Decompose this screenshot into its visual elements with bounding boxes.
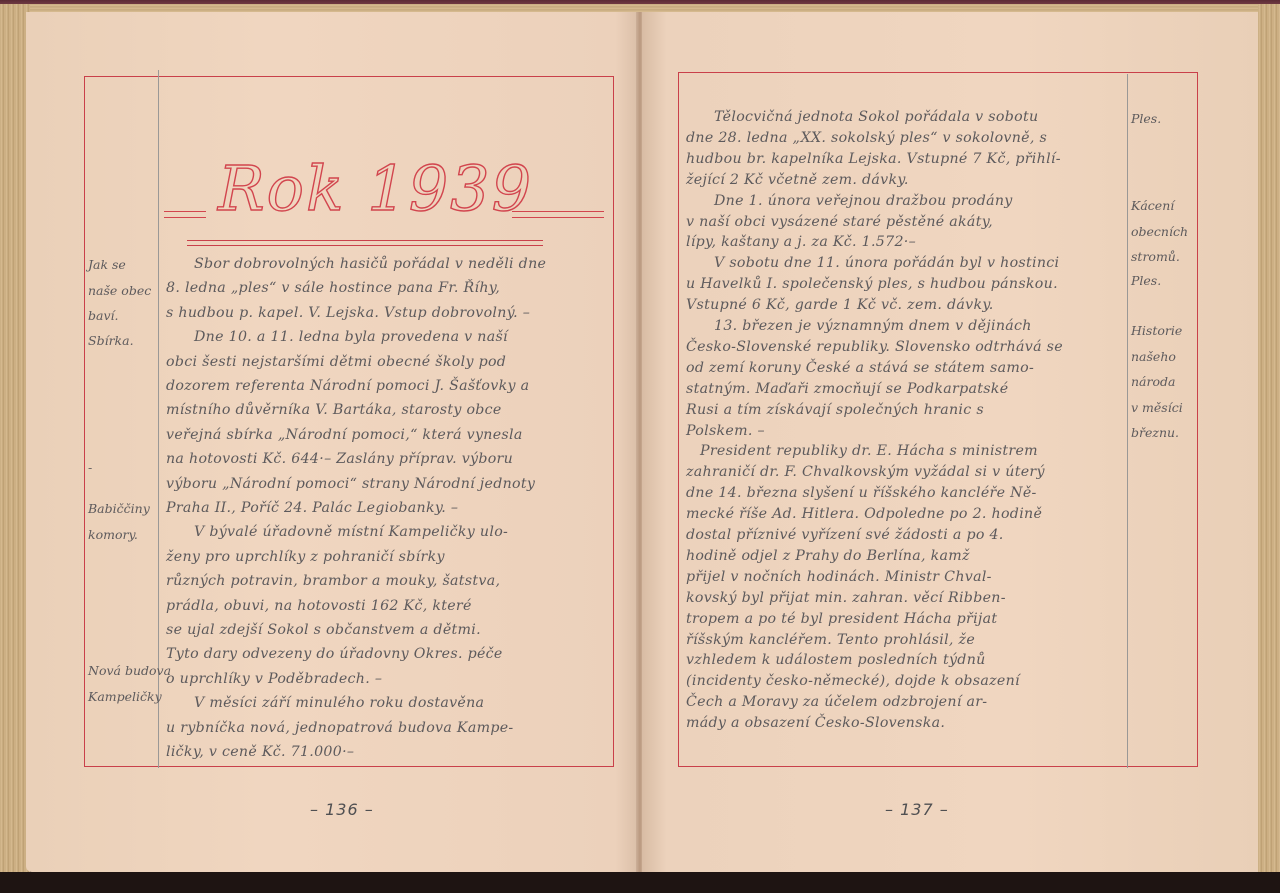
handwritten-line: obci šesti nejstaršími dětmi obecné škol… [166,354,506,370]
margin-note: Babiččiny komory. [88,496,150,547]
handwritten-line: statným. Maďaři zmocňují se Podkarpatské [686,381,1008,397]
handwritten-line: Praha II., Poříč 24. Palác Legiobanky. – [166,500,458,516]
handwritten-line: (incidenty česko-německé), dojde k obsaz… [686,673,1020,689]
handwritten-line: prádla, obuvi, na hotovosti 162 Kč, kter… [166,598,472,614]
handwritten-line: Sbor dobrovolných hasičů pořádal v neděl… [194,256,546,272]
handwritten-line: Dne 1. února veřejnou dražbou prodány [714,193,1013,209]
handwritten-line: President republiky dr. E. Hácha s minis… [700,443,1038,459]
handwritten-line: hudbou br. kapelníka Lejska. Vstupné 7 K… [686,151,1061,167]
handwritten-line: hodině odjel z Prahy do Berlína, kamž [686,548,970,564]
title-dash-right [512,211,604,218]
handwritten-line: dne 14. března slyšení u říšského kanclé… [686,485,1037,501]
handwritten-line: od zemí koruny České a stává se státem s… [686,360,1034,376]
handwritten-line: říšským kancléřem. Tento prohlásil, že [686,632,975,648]
handwritten-line: vzhledem k událostem posledních týdnů [686,652,986,668]
handwritten-line: 8. ledna „ples“ v sále hostince pana Fr.… [166,280,500,296]
handwritten-line: u Havelků I. společenský ples, s hudbou … [686,276,1058,292]
handwritten-line: na hotovosti Kč. 644·– Zaslány příprav. … [166,451,513,467]
right-margin-rule [1127,74,1128,768]
page-number-right: – 137 – [885,800,949,819]
margin-note: Nová budova Kampeličky [88,658,171,709]
handwritten-line: V bývalé úřadovně místní Kampeličky ulo- [194,524,508,540]
handwritten-line: kovský byl přijat min. zahran. věcí Ribb… [686,590,1006,606]
handwritten-line: s hudbou p. kapel. V. Lejska. Vstup dobr… [166,305,530,321]
title-dash-left [164,211,206,218]
margin-note: - [88,455,92,481]
margin-note: Ples. [1131,268,1161,294]
page-title: Rok 1939 [218,152,533,225]
handwritten-line: u rybníčka nová, jednopatrová budova Kam… [166,720,514,736]
margin-note: Historie našeho národa v měsíci březnu. [1131,318,1183,446]
margin-note: Jak se naše obec baví. [88,252,151,329]
handwritten-line: různých potravin, brambor a mouky, šatst… [166,573,500,589]
handwritten-line: dostal příznivé vyřízení své žádosti a p… [686,527,1004,543]
handwritten-line: zahraničí dr. F. Chvalkovským vyžádal si… [686,464,1045,480]
handwritten-line: mecké říše Ad. Hitlera. Odpoledne po 2. … [686,506,1042,522]
handwritten-line: ženy pro uprchlíky z pohraničí sbírky [166,549,445,565]
handwritten-line: lípy, kaštany a j. za Kč. 1.572·– [686,234,916,250]
page-stack-right [1258,4,1280,874]
handwritten-line: mády a obsazení Česko-Slovenska. [686,715,945,731]
margin-note: Ples. [1131,106,1161,132]
handwritten-line: v naší obci vysázené staré pěstěné akáty… [686,214,993,230]
title-underline [187,240,543,246]
handwritten-line: tropem a po té byl president Hácha přija… [686,611,997,627]
handwritten-line: dozorem referenta Národní pomoci J. Šašť… [166,378,529,394]
handwritten-line: Tyto dary odvezeny do úřadovny Okres. pé… [166,646,503,662]
handwritten-line: Polskem. – [686,423,765,439]
handwritten-line: Rusi a tím získávají společných hranic s [686,402,984,418]
margin-note: Sbírka. [88,328,134,354]
handwritten-line: ličky, v ceně Kč. 71.000·– [166,744,354,760]
handwritten-line: Tělocvičná jednota Sokol pořádala v sobo… [714,109,1038,125]
handwritten-line: místního důvěrníka V. Bartáka, starosty … [166,402,502,418]
handwritten-line: Dne 10. a 11. ledna byla provedena v naš… [194,329,508,345]
handwritten-line: Česko-Slovenské republiky. Slovensko odt… [686,339,1063,355]
handwritten-line: přijel v nočních hodinách. Ministr Chval… [686,569,992,585]
page-number-left: – 136 – [310,800,374,819]
margin-note: Kácení obecních stromů. [1131,193,1188,270]
handwritten-line: dne 28. ledna „XX. sokolský ples“ v soko… [686,130,1047,146]
handwritten-line: se ujal zdejší Sokol s občanstvem a dětm… [166,622,481,638]
handwritten-line: V měsíci září minulého roku dostavěna [194,695,484,711]
handwritten-line: Vstupné 6 Kč, garde 1 Kč vč. zem. dávky. [686,297,994,313]
handwritten-line: 13. březen je významným dnem v dějinách [714,318,1032,334]
handwritten-line: výboru „Národní pomoci“ strany Národní j… [166,476,535,492]
table-surface [0,872,1280,893]
handwritten-line: Čech a Moravy za účelem odzbrojení ar- [686,694,987,710]
handwritten-line: veřejná sbírka „Národní pomoci,“ která v… [166,427,523,443]
handwritten-line: o uprchlíky v Poděbradech. – [166,671,382,687]
handwritten-line: V sobotu dne 11. února pořádán byl v hos… [714,255,1059,271]
handwritten-line: žející 2 Kč včetně zem. dávky. [686,172,909,188]
